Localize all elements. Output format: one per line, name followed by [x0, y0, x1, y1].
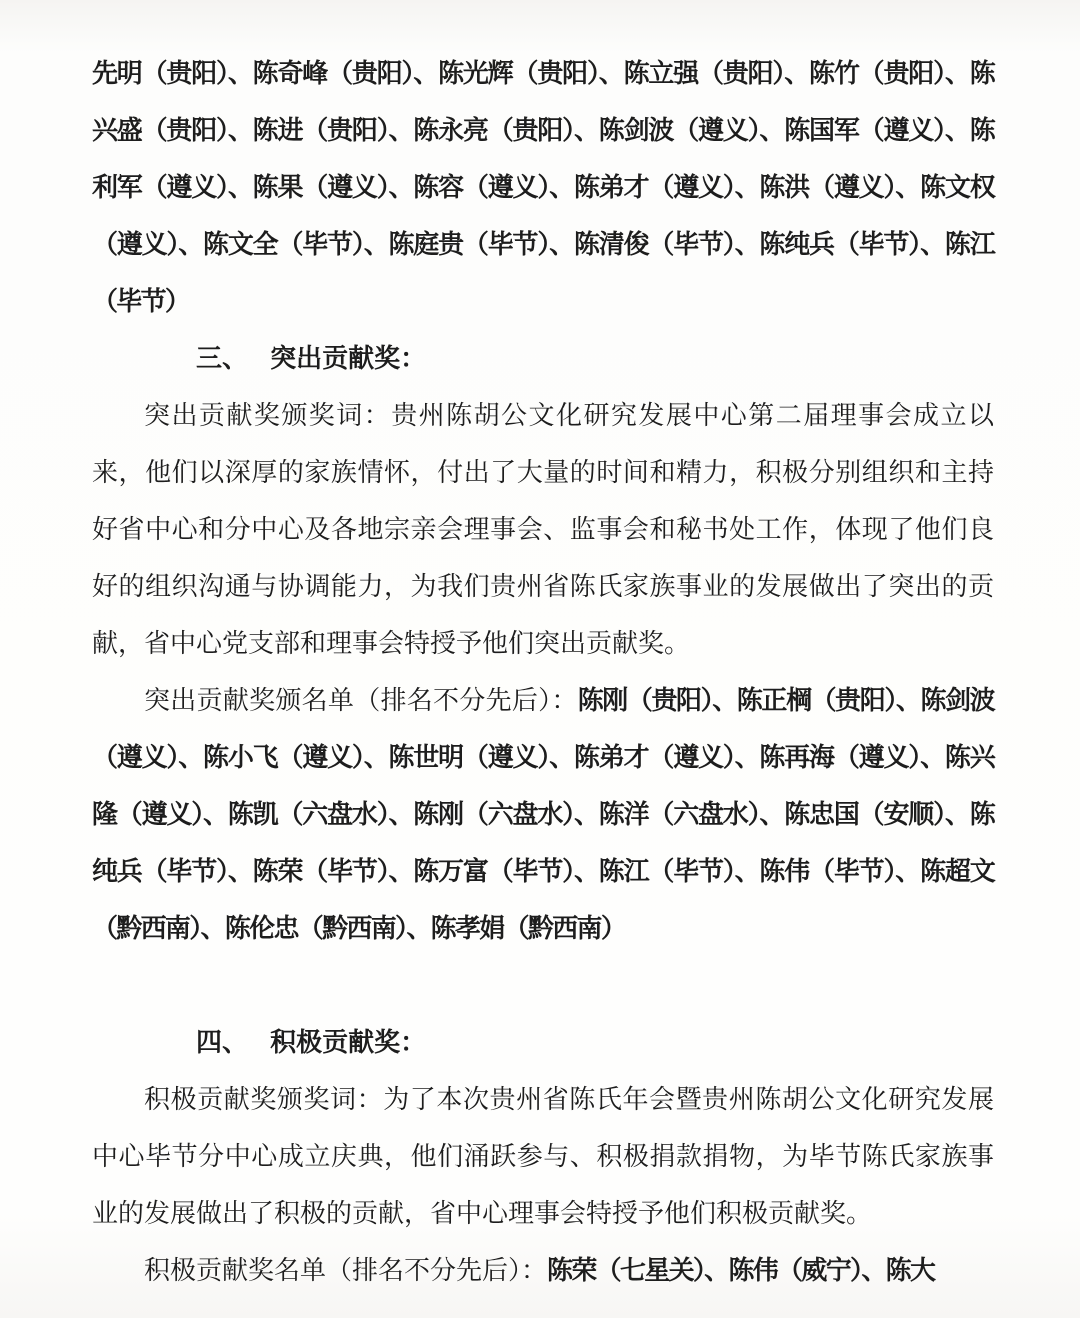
- outstanding-award-names-list: 陈刚（贵阳）、陈正棡（贵阳）、陈剑波（遵义）、陈小飞（遵义）、陈世明（遵义）、陈…: [92, 686, 994, 943]
- section-number: 四、: [144, 1014, 248, 1071]
- section-heading-outstanding-contribution: 三、突出贡献奖：: [92, 330, 994, 387]
- outstanding-award-names-paragraph: 突出贡献奖颁名单（排名不分先后）：陈刚（贵阳）、陈正棡（贵阳）、陈剑波（遵义）、…: [92, 672, 994, 957]
- award-names-continuation: 先明（贵阳）、陈奇峰（贵阳）、陈光辉（贵阳）、陈立强（贵阳）、陈竹（贵阳）、陈兴…: [92, 45, 994, 330]
- section-number: 三、: [144, 330, 248, 387]
- document-page: 先明（贵阳）、陈奇峰（贵阳）、陈光辉（贵阳）、陈立强（贵阳）、陈竹（贵阳）、陈兴…: [0, 0, 1080, 1318]
- outstanding-award-speech-paragraph: 突出贡献奖颁奖词：贵州陈胡公文化研究发展中心第二届理事会成立以来，他们以深厚的家…: [92, 387, 994, 672]
- section-heading-active-contribution: 四、积极贡献奖：: [92, 1014, 994, 1071]
- active-award-list-label: 积极贡献奖名单（排名不分先后）：: [144, 1256, 547, 1285]
- section-title: 积极贡献奖：: [270, 1028, 426, 1057]
- section-title: 突出贡献奖：: [270, 344, 426, 373]
- active-award-names-paragraph: 积极贡献奖名单（排名不分先后）：陈荣（七星关）、陈伟（威宁）、陈大: [92, 1242, 994, 1299]
- active-award-speech-paragraph: 积极贡献奖颁奖词：为了本次贵州省陈氏年会暨贵州陈胡公文化研究发展中心毕节分中心成…: [92, 1071, 994, 1242]
- outstanding-award-list-label: 突出贡献奖颁名单（排名不分先后）：: [144, 686, 578, 715]
- active-award-names-list: 陈荣（七星关）、陈伟（威宁）、陈大: [547, 1256, 934, 1285]
